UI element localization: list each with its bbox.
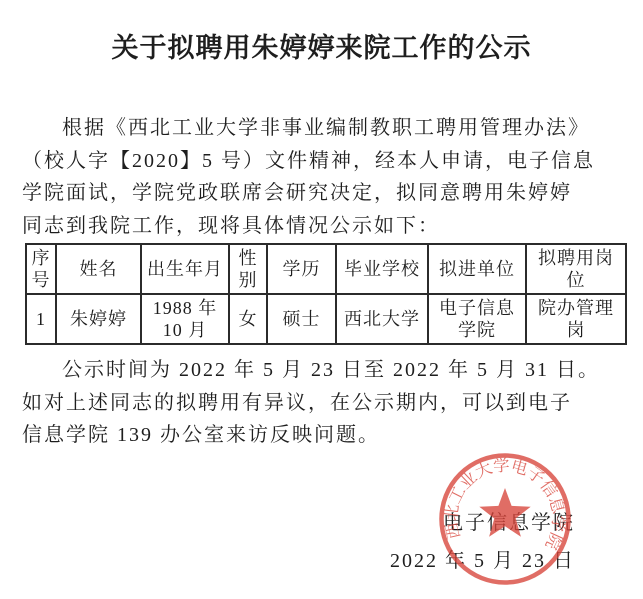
table-header-cell-gender: 性 别 (229, 244, 267, 294)
table-cell-unit: 电子信息 学院 (428, 294, 526, 344)
table-header-row: 序 号 姓名 出生年月 性 别 学历 毕业学校 拟进单位 拟聘用岗位 (26, 244, 626, 294)
paragraph-intro: 根据《西北工业大学非事业编制教职工聘用管理办法》 （校人字【2020】5 号）文… (22, 112, 621, 242)
text-line: 公示时间为 2022 年 5 月 23 日至 2022 年 5 月 31 日。 (22, 354, 621, 387)
table-header-cell-degree: 学历 (267, 244, 336, 294)
table-cell-school: 西北大学 (336, 294, 428, 344)
document-title: 关于拟聘用朱婷婷来院工作的公示 (0, 31, 643, 65)
signature-date: 2022 年 5 月 23 日 (0, 542, 575, 580)
table-header-cell-name: 姓名 (56, 244, 141, 294)
table-row: 1 朱婷婷 1988 年 10 月 女 硕士 西北大学 电子信息 学院 院办管理… (26, 294, 626, 344)
text-line: 学院面试，学院党政联席会研究决定，拟同意聘用朱婷婷 (22, 177, 621, 210)
candidate-info-table: 序 号 姓名 出生年月 性 别 学历 毕业学校 拟进单位 拟聘用岗位 1 朱婷婷… (25, 243, 627, 345)
table-cell-name: 朱婷婷 (56, 294, 141, 344)
signature-org: 电子信息学院 (0, 504, 575, 542)
table-header-cell-position: 拟聘用岗位 (526, 244, 626, 294)
signature-block: 电子信息学院 2022 年 5 月 23 日 (0, 504, 643, 580)
paragraph-notice: 公示时间为 2022 年 5 月 23 日至 2022 年 5 月 31 日。 … (22, 354, 621, 452)
table-cell-gender: 女 (229, 294, 267, 344)
table-header-cell-birth: 出生年月 (141, 244, 229, 294)
announcement-document: 关于拟聘用朱婷婷来院工作的公示 根据《西北工业大学非事业编制教职工聘用管理办法》… (0, 0, 643, 599)
table-header-cell-index: 序 号 (26, 244, 56, 294)
text-line: 信息学院 139 办公室来访反映问题。 (22, 419, 621, 452)
table-cell-degree: 硕士 (267, 294, 336, 344)
table-header-cell-unit: 拟进单位 (428, 244, 526, 294)
table-header-cell-school: 毕业学校 (336, 244, 428, 294)
table-cell-index: 1 (26, 294, 56, 344)
text-line: 同志到我院工作，现将具体情况公示如下： (22, 210, 621, 243)
text-line: （校人字【2020】5 号）文件精神，经本人申请，电子信息 (22, 145, 621, 178)
table-cell-position: 院办管理岗 (526, 294, 626, 344)
text-line: 根据《西北工业大学非事业编制教职工聘用管理办法》 (22, 112, 621, 145)
table-cell-birth: 1988 年 10 月 (141, 294, 229, 344)
text-line: 如对上述同志的拟聘用有异议，在公示期内，可以到电子 (22, 387, 621, 420)
